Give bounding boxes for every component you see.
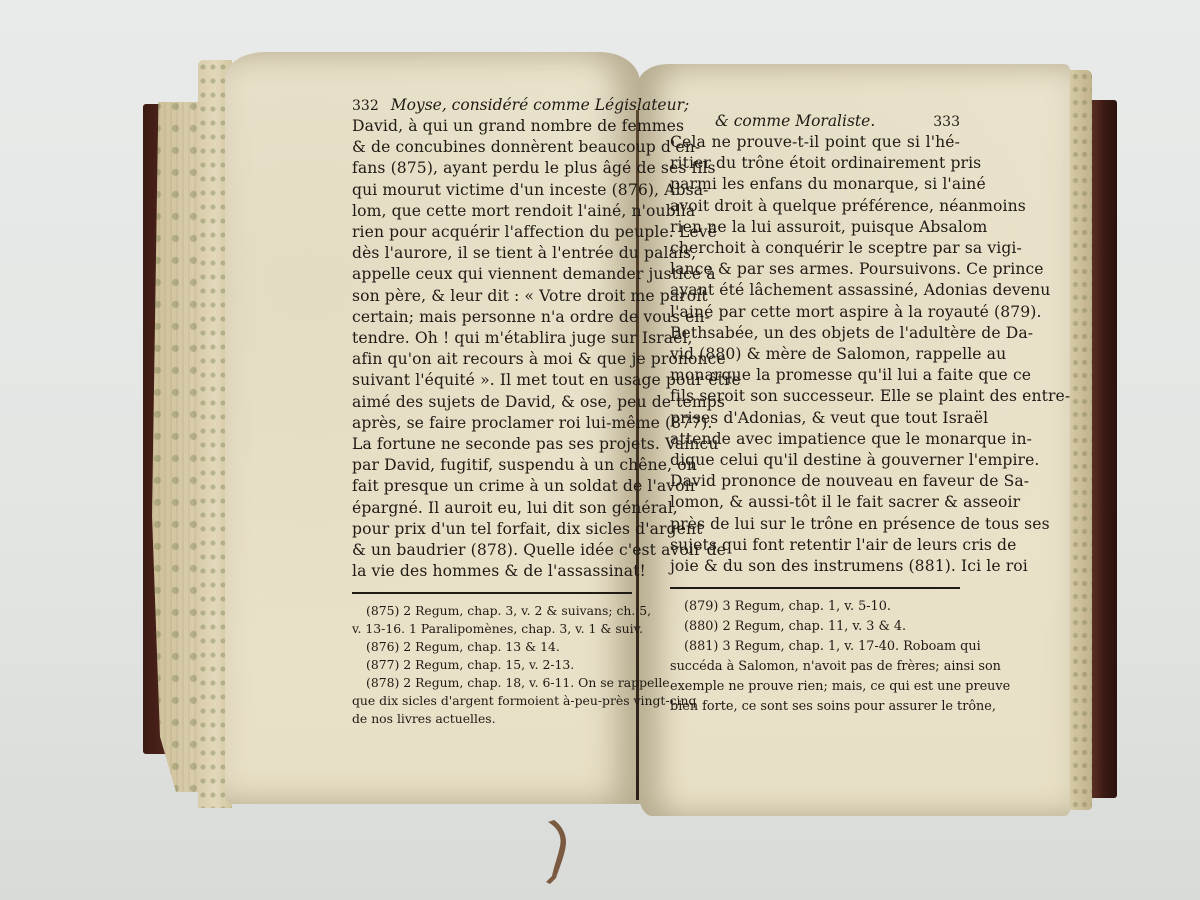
footnote-line: (877) 2 Regum, chap. 15, v. 2-13. — [352, 656, 632, 674]
body-line: fait presque un crime à un soldat de l'a… — [352, 476, 632, 497]
body-line: appelle ceux qui viennent demander justi… — [352, 264, 632, 285]
body-line: pour prix d'un tel forfait, dix sicles d… — [352, 519, 632, 540]
body-line: par David, fugitif, suspendu à un chêne,… — [352, 455, 632, 476]
body-line: tendre. Oh ! qui m'établira juge sur Isr… — [352, 328, 632, 349]
body-line: joie & du son des instrumens (881). Ici … — [670, 556, 960, 577]
body-line: qui mourut victime d'un inceste (876), A… — [352, 180, 632, 201]
body-line: lance & par ses armes. Poursuivons. Ce p… — [670, 259, 960, 280]
body-line: son père, & leur dit : « Votre droit me … — [352, 286, 632, 307]
right-footnotes: (879) 3 Regum, chap. 1, v. 5-10.(880) 2 … — [670, 597, 960, 717]
body-line: près de lui sur le trône en présence de … — [670, 514, 960, 535]
ribbon-bookmark — [540, 820, 570, 890]
footnote-line: v. 13-16. 1 Paralipomènes, chap. 3, v. 1… — [352, 620, 632, 638]
footnote-line: (879) 3 Regum, chap. 1, v. 5-10. — [670, 597, 960, 617]
body-line: l'ainé par cette mort aspire à la royaut… — [670, 302, 960, 323]
left-footnotes: (875) 2 Regum, chap. 3, v. 2 & suivans; … — [352, 602, 632, 728]
body-line: certain; mais personne n'a ordre de vous… — [352, 307, 632, 328]
left-running-head: 332 Moyse, considéré comme Législateur; — [352, 96, 632, 114]
body-line: dès l'aurore, il se tient à l'entrée du … — [352, 243, 632, 264]
page-number-left: 332 — [352, 98, 379, 114]
body-line: David prononce de nouveau en faveur de S… — [670, 471, 960, 492]
right-running-head: & comme Moraliste. 333 — [670, 112, 960, 130]
body-line: & de concubines donnèrent beaucoup d'en- — [352, 137, 632, 158]
left-page-text: 332 Moyse, considéré comme Législateur; … — [352, 96, 632, 728]
body-line: épargné. Il auroit eu, lui dit son génér… — [352, 498, 632, 519]
body-line: Cela ne prouve-t-il point que si l'hé- — [670, 132, 960, 153]
body-line: vid (880) & mère de Salomon, rappelle au — [670, 344, 960, 365]
body-line: ayant été lâchement assassiné, Adonias d… — [670, 280, 960, 301]
body-line: la vie des hommes & de l'assassinat! — [352, 561, 632, 582]
body-line: sujets qui font retentir l'air de leurs … — [670, 535, 960, 556]
page-number-right: 333 — [933, 114, 960, 130]
left-body-text: David, à qui un grand nombre de femmes& … — [352, 116, 632, 582]
body-line: fils seroit son successeur. Elle se plai… — [670, 386, 960, 407]
body-line: suivant l'équité ». Il met tout en usage… — [352, 370, 632, 391]
footnote-line: bien forte, ce sont ses soins pour assur… — [670, 697, 960, 717]
footnote-line: (880) 2 Regum, chap. 11, v. 3 & 4. — [670, 617, 960, 637]
body-line: & un baudrier (878). Quelle idée c'est a… — [352, 540, 632, 561]
body-line: monarque la promesse qu'il lui a faite q… — [670, 365, 960, 386]
body-line: fans (875), ayant perdu le plus âgé de s… — [352, 158, 632, 179]
footnote-line: de nos livres actuelles. — [352, 710, 632, 728]
body-line: dique celui qu'il destine à gouverner l'… — [670, 450, 960, 471]
body-line: aimé des sujets de David, & ose, peu de … — [352, 392, 632, 413]
body-line: après, se faire proclamer roi lui-même (… — [352, 413, 632, 434]
body-line: David, à qui un grand nombre de femmes — [352, 116, 632, 137]
footnote-line: succéda à Salomon, n'avoit pas de frères… — [670, 657, 960, 677]
body-line: prises d'Adonias, & veut que tout Israël — [670, 408, 960, 429]
running-head-title-left: Moyse, considéré comme Législateur; — [391, 96, 689, 114]
body-line: rien pour acquérir l'affection du peuple… — [352, 222, 632, 243]
body-line: Bethsabée, un des objets de l'adultère d… — [670, 323, 960, 344]
body-line: parmi les enfans du monarque, si l'ainé — [670, 174, 960, 195]
book-photo: 332 Moyse, considéré comme Législateur; … — [0, 0, 1200, 900]
footnote-line: (881) 3 Regum, chap. 1, v. 17-40. Roboam… — [670, 637, 960, 657]
running-head-title-right: & comme Moraliste. — [715, 112, 875, 130]
footnote-rule-right — [670, 587, 960, 589]
body-line: lomon, & aussi-tôt il le fait sacrer & a… — [670, 492, 960, 513]
right-page-text: & comme Moraliste. 333 Cela ne prouve-t-… — [670, 112, 960, 717]
footnote-rule-left — [352, 592, 632, 594]
body-line: rien ne la lui assuroit, puisque Absalom — [670, 217, 960, 238]
footnote-line: exemple ne prouve rien; mais, ce qui est… — [670, 677, 960, 697]
body-line: lom, que cette mort rendoit l'ainé, n'ou… — [352, 201, 632, 222]
footnote-line: que dix sicles d'argent formoient à-peu-… — [352, 692, 632, 710]
body-line: cherchoit à conquérir le sceptre par sa … — [670, 238, 960, 259]
body-line: attende avec impatience que le monarque … — [670, 429, 960, 450]
footnote-line: (875) 2 Regum, chap. 3, v. 2 & suivans; … — [352, 602, 632, 620]
footnote-line: (878) 2 Regum, chap. 18, v. 6-11. On se … — [352, 674, 632, 692]
right-body-text: Cela ne prouve-t-il point que si l'hé-ri… — [670, 132, 960, 577]
footnote-line: (876) 2 Regum, chap. 13 & 14. — [352, 638, 632, 656]
body-line: avoit droit à quelque préférence, néanmo… — [670, 196, 960, 217]
body-line: La fortune ne seconde pas ses projets. V… — [352, 434, 632, 455]
body-line: afin qu'on ait recours à moi & que je pr… — [352, 349, 632, 370]
body-line: ritier du trône étoit ordinairement pris — [670, 153, 960, 174]
